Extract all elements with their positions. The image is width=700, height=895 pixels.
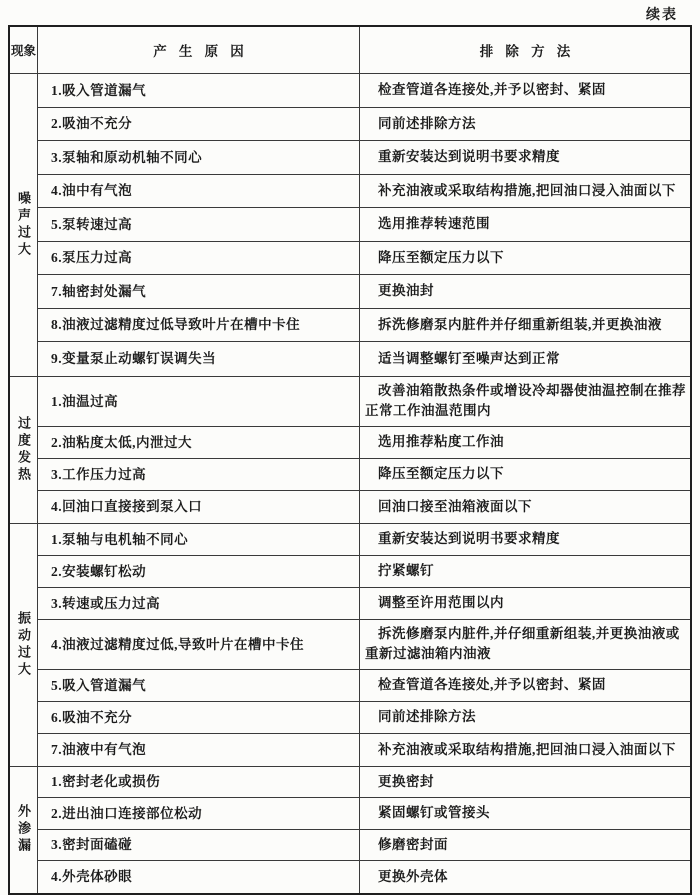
table-row: 5.吸入管道漏气 检查管道各连接处,并予以密封、紧固 [38, 670, 690, 702]
remedy-cell: 更换外壳体 [360, 861, 690, 893]
table-row: 3.转速或压力过高 调整至许用范围以内 [38, 588, 690, 620]
cause-cell: 7.油液中有气泡 [38, 734, 360, 766]
remedy-cell: 适当调整螺钉至噪声达到正常 [360, 342, 690, 376]
table-row: 7.油液中有气泡 补充油液或采取结构措施,把回油口浸入油面以下 [38, 734, 690, 766]
remedy-cell: 检查管道各连接处,并予以密封、紧固 [360, 670, 690, 701]
remedy-cell: 补充油液或采取结构措施,把回油口浸入油面以下 [360, 734, 690, 766]
table-row: 1.密封老化或损伤 更换密封 [38, 767, 690, 799]
table-row: 4.回油口直接接到泵入口 回油口接至油箱液面以下 [38, 491, 690, 523]
header-cause: 产生原因 [38, 27, 360, 73]
remedy-cell: 改善油箱散热条件或增设冷却器使油温控制在推荐正常工作油温范围内 [360, 377, 690, 426]
remedy-cell: 重新安装达到说明书要求精度 [360, 524, 690, 555]
table-row: 4.油液过滤精度过低,导致叶片在槽中卡住 拆洗修磨泵内脏件,并仔细重新组装,并更… [38, 620, 690, 670]
section-rows: 1.吸入管道漏气 检查管道各连接处,并予以密封、紧固 2.吸油不充分 同前述排除… [38, 74, 690, 376]
cause-cell: 6.泵压力过高 [38, 242, 360, 275]
section-rows: 1.密封老化或损伤 更换密封 2.进出油口连接部位松动 紧固螺钉或管接头 3.密… [38, 767, 690, 893]
cause-cell: 1.油温过高 [38, 377, 360, 426]
cause-cell: 4.回油口直接接到泵入口 [38, 491, 360, 523]
remedy-cell: 更换油封 [360, 275, 690, 308]
table-row: 3.工作压力过高 降压至额定压力以下 [38, 459, 690, 491]
remedy-cell: 拧紧螺钉 [360, 556, 690, 587]
cause-cell: 5.泵转速过高 [38, 208, 360, 241]
remedy-cell: 拆洗修磨泵内脏件并仔细重新组装,并更换油液 [360, 309, 690, 342]
remedy-cell: 重新安装达到说明书要求精度 [360, 141, 690, 174]
phenomenon-cell: 外渗漏 [10, 767, 38, 893]
remedy-cell: 修磨密封面 [360, 830, 690, 861]
section-rows: 1.泵轴与电机轴不同心 重新安装达到说明书要求精度 2.安装螺钉松动 拧紧螺钉 … [38, 524, 690, 766]
cause-cell: 4.油中有气泡 [38, 175, 360, 208]
cause-cell: 3.工作压力过高 [38, 459, 360, 490]
cause-cell: 6.吸油不充分 [38, 702, 360, 733]
table-row: 1.吸入管道漏气 检查管道各连接处,并予以密封、紧固 [38, 74, 690, 108]
troubleshooting-table: 现象 产生原因 排除方法 噪声过大 1.吸入管道漏气 检查管道各连接处,并予以密… [8, 25, 692, 895]
table-row: 1.泵轴与电机轴不同心 重新安装达到说明书要求精度 [38, 524, 690, 556]
cause-cell: 1.吸入管道漏气 [38, 74, 360, 107]
remedy-cell: 同前述排除方法 [360, 108, 690, 141]
section-excessive-vibration: 振动过大 1.泵轴与电机轴不同心 重新安装达到说明书要求精度 2.安装螺钉松动 … [10, 524, 690, 767]
cause-cell: 2.油粘度太低,内泄过大 [38, 427, 360, 458]
remedy-cell: 紧固螺钉或管接头 [360, 798, 690, 829]
section-external-leakage: 外渗漏 1.密封老化或损伤 更换密封 2.进出油口连接部位松动 紧固螺钉或管接头… [10, 767, 690, 893]
cause-cell: 9.变量泵止动螺钉误调失当 [38, 342, 360, 376]
remedy-cell: 调整至许用范围以内 [360, 588, 690, 619]
table-row: 9.变量泵止动螺钉误调失当 适当调整螺钉至噪声达到正常 [38, 342, 690, 376]
table-row: 4.油中有气泡 补充油液或采取结构措施,把回油口浸入油面以下 [38, 175, 690, 209]
phenomenon-cell: 过度发热 [10, 377, 38, 523]
remedy-cell: 检查管道各连接处,并予以密封、紧固 [360, 74, 690, 107]
table-row: 1.油温过高 改善油箱散热条件或增设冷却器使油温控制在推荐正常工作油温范围内 [38, 377, 690, 427]
remedy-cell: 更换密封 [360, 767, 690, 798]
section-noise-too-loud: 噪声过大 1.吸入管道漏气 检查管道各连接处,并予以密封、紧固 2.吸油不充分 … [10, 74, 690, 377]
table-row: 3.泵轴和原动机轴不同心 重新安装达到说明书要求精度 [38, 141, 690, 175]
header-remedy: 排除方法 [360, 27, 690, 73]
cause-cell: 1.泵轴与电机轴不同心 [38, 524, 360, 555]
remedy-cell: 降压至额定压力以下 [360, 242, 690, 275]
cause-cell: 4.油液过滤精度过低,导致叶片在槽中卡住 [38, 620, 360, 669]
remedy-cell: 降压至额定压力以下 [360, 459, 690, 490]
table-row: 2.吸油不充分 同前述排除方法 [38, 108, 690, 142]
phenomenon-label: 过度发热 [14, 416, 33, 484]
table-row: 6.吸油不充分 同前述排除方法 [38, 702, 690, 734]
cause-cell: 2.进出油口连接部位松动 [38, 798, 360, 829]
table-row: 4.外壳体砂眼 更换外壳体 [38, 861, 690, 893]
cause-cell: 2.安装螺钉松动 [38, 556, 360, 587]
cause-cell: 3.泵轴和原动机轴不同心 [38, 141, 360, 174]
cause-cell: 3.密封面磕碰 [38, 830, 360, 861]
cause-cell: 3.转速或压力过高 [38, 588, 360, 619]
remedy-cell: 回油口接至油箱液面以下 [360, 491, 690, 523]
cause-cell: 2.吸油不充分 [38, 108, 360, 141]
remedy-cell: 选用推荐转速范围 [360, 208, 690, 241]
table-row: 2.进出油口连接部位松动 紧固螺钉或管接头 [38, 798, 690, 830]
phenomenon-cell: 振动过大 [10, 524, 38, 766]
table-header-row: 现象 产生原因 排除方法 [10, 27, 690, 74]
continued-table-label: 续表 [646, 4, 678, 24]
table-row: 2.油粘度太低,内泄过大 选用推荐粘度工作油 [38, 427, 690, 459]
table-row: 5.泵转速过高 选用推荐转速范围 [38, 208, 690, 242]
remedy-cell: 补充油液或采取结构措施,把回油口浸入油面以下 [360, 175, 690, 208]
remedy-cell: 同前述排除方法 [360, 702, 690, 733]
cause-cell: 7.轴密封处漏气 [38, 275, 360, 308]
phenomenon-cell: 噪声过大 [10, 74, 38, 376]
cause-cell: 5.吸入管道漏气 [38, 670, 360, 701]
table-row: 6.泵压力过高 降压至额定压力以下 [38, 242, 690, 276]
phenomenon-label: 噪声过大 [14, 191, 33, 259]
table-row: 8.油液过滤精度过低导致叶片在槽中卡住 拆洗修磨泵内脏件并仔细重新组装,并更换油… [38, 309, 690, 343]
phenomenon-label: 外渗漏 [14, 804, 33, 855]
section-overheating: 过度发热 1.油温过高 改善油箱散热条件或增设冷却器使油温控制在推荐正常工作油温… [10, 377, 690, 524]
section-rows: 1.油温过高 改善油箱散热条件或增设冷却器使油温控制在推荐正常工作油温范围内 2… [38, 377, 690, 523]
table-row: 7.轴密封处漏气 更换油封 [38, 275, 690, 309]
remedy-cell: 选用推荐粘度工作油 [360, 427, 690, 458]
remedy-cell: 拆洗修磨泵内脏件,并仔细重新组装,并更换油液或重新过滤油箱内油液 [360, 620, 690, 669]
phenomenon-label: 振动过大 [14, 611, 33, 679]
cause-cell: 4.外壳体砂眼 [38, 861, 360, 893]
cause-cell: 1.密封老化或损伤 [38, 767, 360, 798]
table-row: 3.密封面磕碰 修磨密封面 [38, 830, 690, 862]
header-phenomenon: 现象 [10, 27, 38, 73]
table-row: 2.安装螺钉松动 拧紧螺钉 [38, 556, 690, 588]
scanned-document-page: { "page": { "continued_label": "续表" }, "… [0, 0, 700, 890]
cause-cell: 8.油液过滤精度过低导致叶片在槽中卡住 [38, 309, 360, 342]
